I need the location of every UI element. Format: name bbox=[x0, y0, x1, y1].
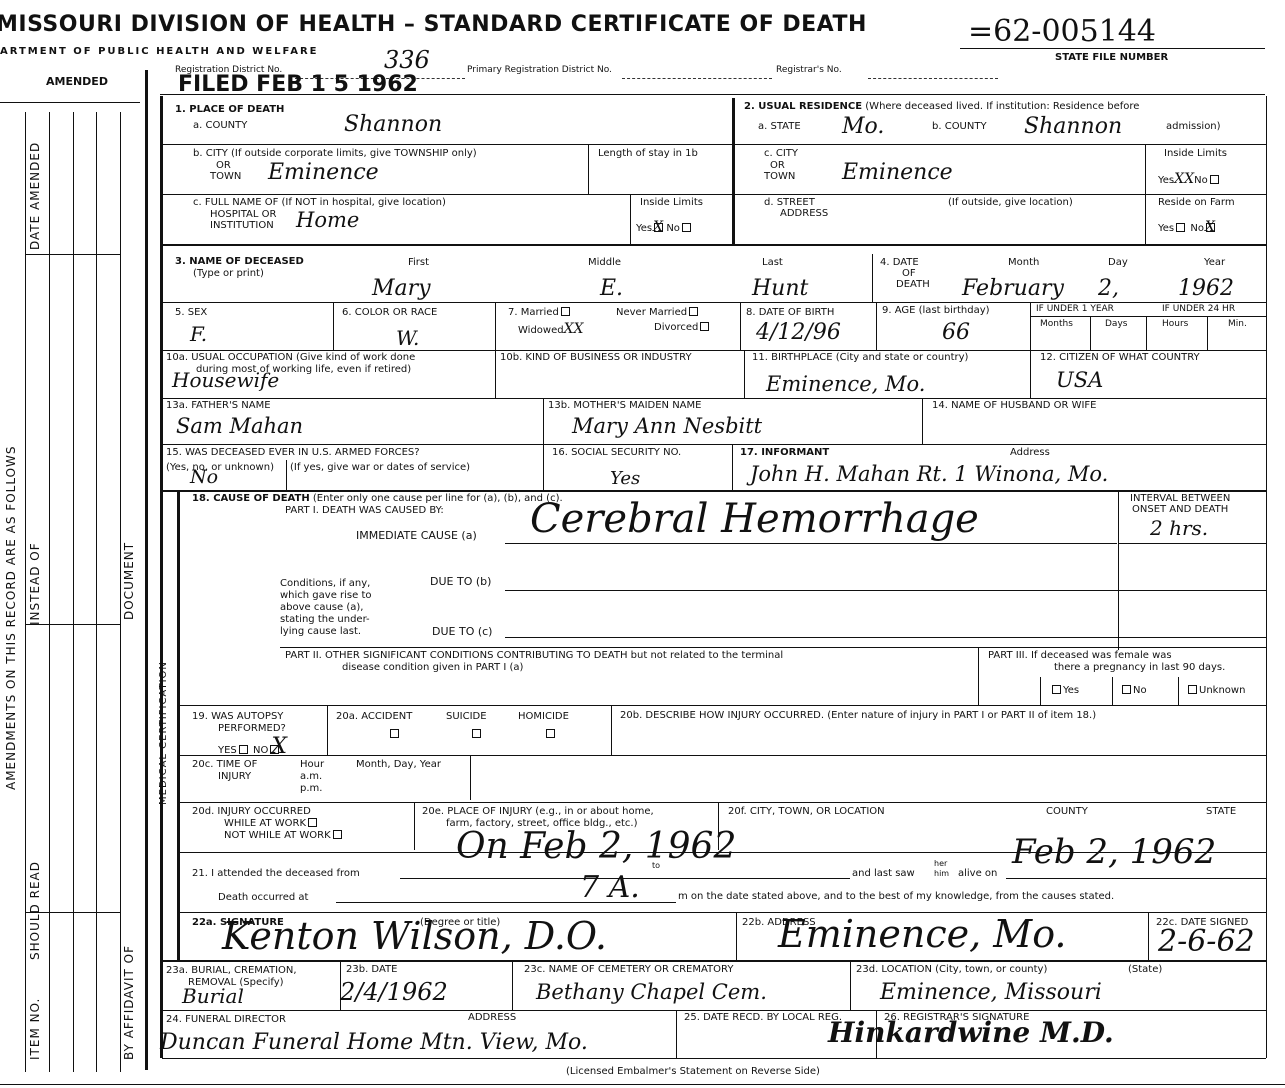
race-label: 6. COLOR OR RACE bbox=[342, 307, 437, 318]
immediate-cause-value: Cerebral Hemorrhage bbox=[530, 496, 979, 542]
residence-inside-limits-label: Inside Limits bbox=[1164, 148, 1227, 159]
hospital-label-3: INSTITUTION bbox=[210, 220, 274, 231]
part2-label-2: disease condition given in PART I (a) bbox=[342, 662, 523, 673]
occupation-label: 10a. USUAL OCCUPATION (Give kind of work… bbox=[166, 352, 415, 363]
residence-city-value: Eminence bbox=[842, 160, 953, 185]
instead-of-label: INSTEAD OF bbox=[28, 542, 42, 625]
admission-note: admission) bbox=[1166, 121, 1221, 132]
minutes-label: Min. bbox=[1228, 320, 1247, 330]
birthplace-value: Eminence, Mo. bbox=[766, 372, 925, 396]
suicide-label: SUICIDE bbox=[446, 711, 487, 722]
conditions-note-2: which gave rise to bbox=[280, 590, 372, 601]
hospital-value: Home bbox=[296, 208, 359, 232]
cause-of-death-label: 18. CAUSE OF DEATH (Enter only one cause… bbox=[192, 493, 563, 504]
accident-label: 20a. ACCIDENT bbox=[336, 711, 412, 722]
burial-method-value: Burial bbox=[182, 984, 244, 1008]
amendments-heading: AMENDMENTS ON THIS RECORD ARE AS FOLLOWS bbox=[4, 445, 18, 790]
street-label: d. STREET bbox=[764, 197, 815, 208]
occupation-value: Housewife bbox=[172, 368, 279, 392]
checkbox-not-at-work[interactable] bbox=[333, 830, 342, 839]
not-at-work-option: NOT WHILE AT WORK bbox=[224, 830, 344, 841]
conditions-note-3: above cause (a), bbox=[280, 602, 363, 613]
interval-label-2: ONSET AND DEATH bbox=[1132, 504, 1228, 515]
checkbox-autopsy-yes[interactable] bbox=[239, 745, 248, 754]
name-of-deceased-label: 3. NAME OF DECEASED bbox=[175, 256, 304, 267]
injury-city-label: 20f. CITY, TOWN, OR LOCATION bbox=[728, 806, 885, 817]
death-occurred-note: m on the date stated above, and to the b… bbox=[678, 891, 1114, 902]
checkbox-suicide[interactable] bbox=[470, 722, 483, 741]
death-year-value: 1962 bbox=[1178, 276, 1234, 301]
reside-on-farm-options[interactable]: Yes NoX bbox=[1158, 220, 1215, 235]
injury-label: INJURY bbox=[218, 771, 251, 782]
informant-label: 17. INFORMANT bbox=[740, 447, 829, 458]
funeral-director-value: Duncan Funeral Home Mtn. View, Mo. bbox=[160, 1030, 588, 1055]
day-label: Day bbox=[1108, 257, 1128, 268]
burial-state-label: (State) bbox=[1128, 964, 1162, 975]
widowed-option: WidowedXX bbox=[518, 322, 584, 337]
last-name-value: Hunt bbox=[752, 276, 808, 301]
checkbox-no[interactable] bbox=[1210, 175, 1219, 184]
residence-county-value: Shannon bbox=[1024, 114, 1122, 139]
death-day-value: 2, bbox=[1098, 276, 1119, 301]
birthplace-label: 11. BIRTHPLACE (City and state or countr… bbox=[752, 352, 968, 363]
item-no-label: ITEM NO. bbox=[28, 998, 42, 1060]
hour-label: Hour bbox=[300, 759, 324, 770]
state-file-number-label: STATE FILE NUMBER bbox=[1055, 52, 1168, 63]
under-1-year-label: IF UNDER 1 YEAR bbox=[1036, 305, 1114, 315]
race-value: W. bbox=[396, 326, 419, 350]
spouse-name-label: 14. NAME OF HUSBAND OR WIFE bbox=[932, 400, 1096, 411]
conditions-note-1: Conditions, if any, bbox=[280, 578, 370, 589]
autopsy-label-2: PERFORMED? bbox=[218, 723, 286, 734]
am-label: a.m. bbox=[300, 771, 322, 782]
checkbox-homicide[interactable] bbox=[544, 722, 557, 741]
armed-forces-label-3: (If yes, give war or dates of service) bbox=[290, 462, 470, 473]
cemetery-value: Bethany Chapel Cem. bbox=[536, 980, 767, 1004]
immediate-cause-label: IMMEDIATE CAUSE (a) bbox=[356, 530, 477, 542]
checkbox-never-married[interactable] bbox=[689, 307, 698, 316]
time-of-injury-label: 20c. TIME OF bbox=[192, 759, 257, 770]
autopsy-label: 19. WAS AUTOPSY bbox=[192, 711, 283, 722]
hours-label: Hours bbox=[1162, 320, 1188, 330]
embalmer-statement-note: (Licensed Embalmer's Statement on Revers… bbox=[566, 1066, 820, 1077]
funeral-director-label: 24. FUNERAL DIRECTOR bbox=[166, 1014, 286, 1025]
county-label: a. COUNTY bbox=[193, 120, 247, 131]
amended-label: AMENDED bbox=[46, 76, 108, 88]
to-label: to bbox=[652, 862, 660, 871]
sex-value: F. bbox=[190, 322, 207, 346]
ssn-value: Yes bbox=[610, 468, 640, 489]
injury-occurred-label: 20d. INJURY OCCURRED bbox=[192, 806, 311, 817]
should-read-label: SHOULD READ bbox=[28, 861, 42, 960]
inside-limits-label: Inside Limits bbox=[640, 197, 703, 208]
part1-label: PART I. DEATH WAS CAUSED BY: bbox=[285, 505, 444, 516]
death-city-value: Eminence bbox=[268, 160, 379, 185]
age-label: 9. AGE (last birthday) bbox=[882, 305, 990, 316]
due-to-b-label: DUE TO (b) bbox=[430, 576, 491, 588]
residence-or-label: OR bbox=[770, 160, 785, 171]
ssn-label: 16. SOCIAL SECURITY NO. bbox=[552, 447, 681, 458]
last-saw-label: and last saw bbox=[852, 868, 915, 879]
informant-address-label: Address bbox=[1010, 447, 1050, 458]
first-name-value: Mary bbox=[372, 276, 431, 301]
checkbox-at-work[interactable] bbox=[308, 818, 317, 827]
her-label: her bbox=[934, 860, 947, 869]
conditions-note-4: stating the under- bbox=[280, 614, 370, 625]
residence-inside-limits-options[interactable]: YesXXNo bbox=[1158, 172, 1221, 187]
date-of-death-label: 4. DATE bbox=[880, 257, 919, 268]
married-option: 7. Married bbox=[508, 307, 572, 318]
outside-location-note: (If outside, give location) bbox=[948, 197, 1073, 208]
mother-name-value: Mary Ann Nesbitt bbox=[572, 414, 762, 438]
department-subtitle: ARTMENT OF PUBLIC HEALTH AND WELFARE bbox=[0, 46, 318, 57]
place-of-injury-label: 20e. PLACE OF INJURY (e.g., in or about … bbox=[422, 806, 654, 817]
part3-label: PART III. If deceased was female was bbox=[988, 650, 1172, 661]
registration-district-value: 336 bbox=[384, 46, 430, 74]
type-or-print-note: (Type or print) bbox=[193, 268, 264, 279]
length-of-stay-label: Length of stay in 1b bbox=[598, 148, 698, 159]
middle-name-value: E. bbox=[600, 276, 623, 301]
informant-value: John H. Mahan Rt. 1 Winona, Mo. bbox=[750, 462, 1108, 486]
him-label: him bbox=[934, 870, 949, 879]
or-label: OR bbox=[216, 160, 231, 171]
business-label: 10b. KIND OF BUSINESS OR INDUSTRY bbox=[500, 352, 692, 363]
months-label: Months bbox=[1040, 320, 1073, 330]
injury-state-label: STATE bbox=[1206, 806, 1236, 817]
month-label: Month bbox=[1008, 257, 1039, 268]
homicide-label: HOMICIDE bbox=[518, 711, 569, 722]
interval-label: INTERVAL BETWEEN bbox=[1130, 493, 1230, 504]
father-name-value: Sam Mahan bbox=[176, 414, 303, 438]
death-occurred-at-label: Death occurred at bbox=[218, 892, 308, 903]
burial-location-label: 23d. LOCATION (City, town, or county) bbox=[856, 964, 1047, 975]
checkbox-yes[interactable] bbox=[1176, 223, 1185, 232]
armed-forces-value: No bbox=[190, 466, 218, 488]
hospital-label-2: HOSPITAL OR bbox=[210, 209, 276, 220]
document-label: DOCUMENT bbox=[122, 542, 136, 620]
state-file-number: =62-005144 bbox=[968, 14, 1156, 49]
part2-label: PART II. OTHER SIGNIFICANT CONDITIONS CO… bbox=[285, 650, 783, 661]
reside-on-farm-label: Reside on Farm bbox=[1158, 197, 1235, 208]
death-label: DEATH bbox=[896, 279, 930, 290]
last-name-label: Last bbox=[762, 257, 783, 268]
middle-name-label: Middle bbox=[588, 257, 621, 268]
describe-injury-label: 20b. DESCRIBE HOW INJURY OCCURRED. (Ente… bbox=[620, 710, 1096, 721]
pregnancy-yes[interactable]: Yes bbox=[1050, 685, 1079, 696]
father-name-label: 13a. FATHER'S NAME bbox=[166, 400, 271, 411]
citizen-label: 12. CITIZEN OF WHAT COUNTRY bbox=[1040, 352, 1200, 363]
registrar-signature-value: Hinkardwine M.D. bbox=[828, 1016, 1114, 1049]
inside-limits-yes[interactable]: YesX No bbox=[636, 220, 693, 235]
death-city-label: b. CITY (If outside corporate limits, gi… bbox=[193, 148, 477, 159]
date-amended-label: DATE AMENDED bbox=[28, 142, 42, 250]
pregnancy-no[interactable]: No bbox=[1120, 685, 1147, 696]
by-affidavit-label: BY AFFIDAVIT OF bbox=[122, 945, 136, 1060]
checkbox-no[interactable] bbox=[682, 223, 691, 232]
armed-forces-label-2: (Yes, no, or unknown) bbox=[166, 462, 274, 473]
pregnancy-unknown[interactable]: Unknown bbox=[1186, 685, 1245, 696]
attended-from-value: On Feb 2, 1962 bbox=[456, 826, 736, 867]
date-of-birth-value: 4/12/96 bbox=[756, 320, 841, 345]
armed-forces-label: 15. WAS DECEASED EVER IN U.S. ARMED FORC… bbox=[166, 447, 420, 458]
cemetery-label: 23c. NAME OF CEMETERY OR CREMATORY bbox=[524, 964, 733, 975]
interval-value: 2 hrs. bbox=[1150, 516, 1208, 540]
part3-label-2: there a pregnancy in last 90 days. bbox=[1054, 662, 1225, 673]
burial-date-value: 2/4/1962 bbox=[340, 978, 448, 1006]
year-label: Year bbox=[1204, 257, 1225, 268]
town-label: TOWN bbox=[210, 171, 241, 182]
physician-address-value: Eminence, Mo. bbox=[778, 912, 1067, 956]
residence-state-label: a. STATE bbox=[758, 121, 801, 132]
citizen-value: USA bbox=[1056, 368, 1103, 392]
injury-county-label: COUNTY bbox=[1046, 806, 1088, 817]
attended-from-label: 21. I attended the deceased from bbox=[192, 868, 360, 879]
registrars-no-label: Registrar's No. bbox=[776, 66, 842, 76]
physician-signature: Kenton Wilson, D.O. bbox=[222, 914, 607, 958]
due-to-c-label: DUE TO (c) bbox=[432, 626, 492, 638]
primary-registration-label: Primary Registration District No. bbox=[467, 66, 612, 76]
certificate-title: MISSOURI DIVISION OF HEALTH – STANDARD C… bbox=[0, 12, 867, 37]
street-address-label: ADDRESS bbox=[780, 208, 828, 219]
place-of-death-label: 1. PLACE OF DEATH bbox=[175, 104, 284, 115]
conditions-note-5: lying cause last. bbox=[280, 626, 361, 637]
first-name-label: First bbox=[408, 257, 429, 268]
residence-city-label: c. CITY bbox=[764, 148, 798, 159]
death-month-value: February bbox=[962, 276, 1064, 301]
death-county-value: Shannon bbox=[344, 112, 442, 137]
under-24-hr-label: IF UNDER 24 HR bbox=[1162, 305, 1235, 315]
while-at-work-option: WHILE AT WORK bbox=[224, 818, 319, 829]
funeral-address-label: ADDRESS bbox=[468, 1012, 516, 1023]
usual-residence-label: 2. USUAL RESIDENCE (Where deceased lived… bbox=[744, 101, 1139, 112]
mother-name-label: 13b. MOTHER'S MAIDEN NAME bbox=[548, 400, 701, 411]
checkbox-married[interactable] bbox=[561, 307, 570, 316]
pm-label: p.m. bbox=[300, 783, 322, 794]
date-of-birth-label: 8. DATE OF BIRTH bbox=[746, 307, 834, 318]
date-received-label: 25. DATE RECD. BY LOCAL REG. bbox=[684, 1012, 842, 1023]
alive-on-label: alive on bbox=[958, 868, 997, 879]
last-saw-value: Feb 2, 1962 bbox=[1012, 832, 1216, 872]
month-day-year-label: Month, Day, Year bbox=[356, 759, 441, 770]
hospital-label: c. FULL NAME OF (If NOT in hospital, giv… bbox=[193, 197, 446, 208]
age-value: 66 bbox=[942, 320, 970, 345]
residence-town-label: TOWN bbox=[764, 171, 795, 182]
checkbox-divorced[interactable] bbox=[700, 322, 709, 331]
residence-county-label: b. COUNTY bbox=[932, 121, 987, 132]
checkbox-accident[interactable] bbox=[388, 722, 401, 741]
sex-label: 5. SEX bbox=[175, 307, 207, 318]
residence-state-value: Mo. bbox=[842, 114, 884, 139]
days-label: Days bbox=[1105, 320, 1127, 330]
burial-date-label: 23b. DATE bbox=[346, 964, 397, 975]
date-signed-value: 2-6-62 bbox=[1158, 924, 1255, 959]
of-label: OF bbox=[902, 268, 916, 279]
divorced-option: Divorced bbox=[654, 322, 711, 333]
death-time-value: 7 A. bbox=[580, 870, 640, 905]
burial-method-label: 23a. BURIAL, CREMATION, bbox=[166, 965, 297, 976]
never-married-option: Never Married bbox=[616, 307, 700, 318]
burial-location-value: Eminence, Missouri bbox=[880, 980, 1102, 1005]
